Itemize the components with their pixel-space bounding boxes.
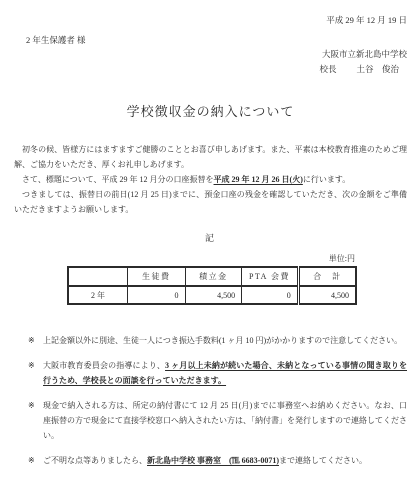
recipient: 2 年生保護者 様 — [26, 34, 407, 46]
notes-list: ※ 上記金額以外に別途、生徒一人につき振込手数料(1 ヶ月 10 円)がかかりま… — [14, 333, 407, 468]
cell-grade: 2 年 — [68, 286, 127, 304]
cell-total: 4,500 — [298, 286, 356, 304]
preparation-paragraph: つきましては、振替日の前日(12 月 25 日)までに、預金口座の残金を確認して… — [14, 187, 407, 217]
header-savings: 積立金 — [185, 267, 242, 286]
note-marker: ※ — [28, 453, 38, 468]
note-item-contact: ※ ご不明な点等ありましたら、新北島中学校 事務室 (℡ 6683-0071)ま… — [28, 453, 407, 468]
note-unpaid-pre: 大阪市教育委員会の指導により、 — [43, 361, 165, 370]
note-text-unpaid: 大阪市教育委員会の指導により、3 ヶ月以上未納が続いた場合、未納となっている事情… — [43, 358, 407, 388]
transfer-date-emphasis: 平成 29 年 12 月 26 日(火) — [214, 175, 303, 184]
principal-line: 校長土谷 俊治 — [14, 63, 407, 75]
principal-title: 校長 — [319, 64, 336, 74]
document-title: 学校徴収金の納入について — [14, 103, 407, 121]
note-contact-post: まで連絡してください。 — [279, 456, 367, 465]
fee-table-header-row: 生徒費 積立金 PTA 会費 合 計 — [68, 267, 356, 286]
unit-label: 単位:円 — [67, 253, 357, 264]
header-grade — [68, 267, 127, 286]
note-item-unpaid: ※ 大阪市教育委員会の指導により、3 ヶ月以上未納が続いた場合、未納となっている… — [28, 358, 407, 388]
note-text-contact: ご不明な点等ありましたら、新北島中学校 事務室 (℡ 6683-0071)まで連… — [43, 453, 407, 468]
document-date: 平成 29 年 12 月 19 日 — [14, 14, 407, 26]
body-paragraphs: 初冬の候、皆様方にはますますご健勝のこととお喜び申しあげます。また、平素は本校教… — [14, 142, 407, 217]
header-total: 合 計 — [298, 267, 356, 286]
transfer-date-post: に行います。 — [303, 175, 350, 184]
note-marker: ※ — [28, 398, 38, 443]
cell-student-fee: 0 — [127, 286, 185, 304]
header-student-fee: 生徒費 — [127, 267, 185, 286]
note-item-cash: ※ 現金で納入される方は、所定の納付書にて 12 月 25 日(月)までに事務室… — [28, 398, 407, 443]
transfer-date-paragraph: さて、標題について、平成 29 年 12 月分の口座振替を平成 29 年 12 … — [14, 172, 407, 187]
principal-name: 土谷 俊治 — [356, 64, 399, 74]
cell-savings: 4,500 — [185, 286, 242, 304]
note-marker: ※ — [28, 333, 38, 348]
table-row: 2 年 0 4,500 0 4,500 — [68, 286, 356, 304]
note-marker: ※ — [28, 358, 38, 388]
fee-table: 生徒費 積立金 PTA 会費 合 計 2 年 0 4,500 0 4,500 — [67, 266, 357, 305]
greeting-paragraph: 初冬の候、皆様方にはますますご健勝のこととお喜び申しあげます。また、平素は本校教… — [14, 142, 407, 172]
notation-ki: 記 — [14, 231, 407, 245]
note-contact-emphasis: 新北島中学校 事務室 (℡ 6683-0071) — [147, 456, 279, 465]
transfer-date-pre: さて、標題について、平成 29 年 12 月分の口座振替を — [22, 175, 214, 184]
cell-pta-fee: 0 — [242, 286, 299, 304]
note-text-fee: 上記金額以外に別途、生徒一人につき振込手数料(1 ヶ月 10 円)がかかりますの… — [43, 333, 407, 348]
document-page: 平成 29 年 12 月 19 日 2 年生保護者 様 大阪市立新北島中学校 校… — [0, 0, 420, 479]
note-item-fee: ※ 上記金額以外に別途、生徒一人につき振込手数料(1 ヶ月 10 円)がかかりま… — [28, 333, 407, 348]
note-text-cash: 現金で納入される方は、所定の納付書にて 12 月 25 日(月)までに事務室へお… — [43, 398, 407, 443]
fee-table-section: 単位:円 生徒費 積立金 PTA 会費 合 計 2 年 0 4,500 — [67, 253, 357, 305]
header-pta-fee: PTA 会費 — [242, 267, 299, 286]
school-name: 大阪市立新北島中学校 — [14, 48, 407, 60]
note-contact-pre: ご不明な点等ありましたら、 — [43, 456, 147, 465]
